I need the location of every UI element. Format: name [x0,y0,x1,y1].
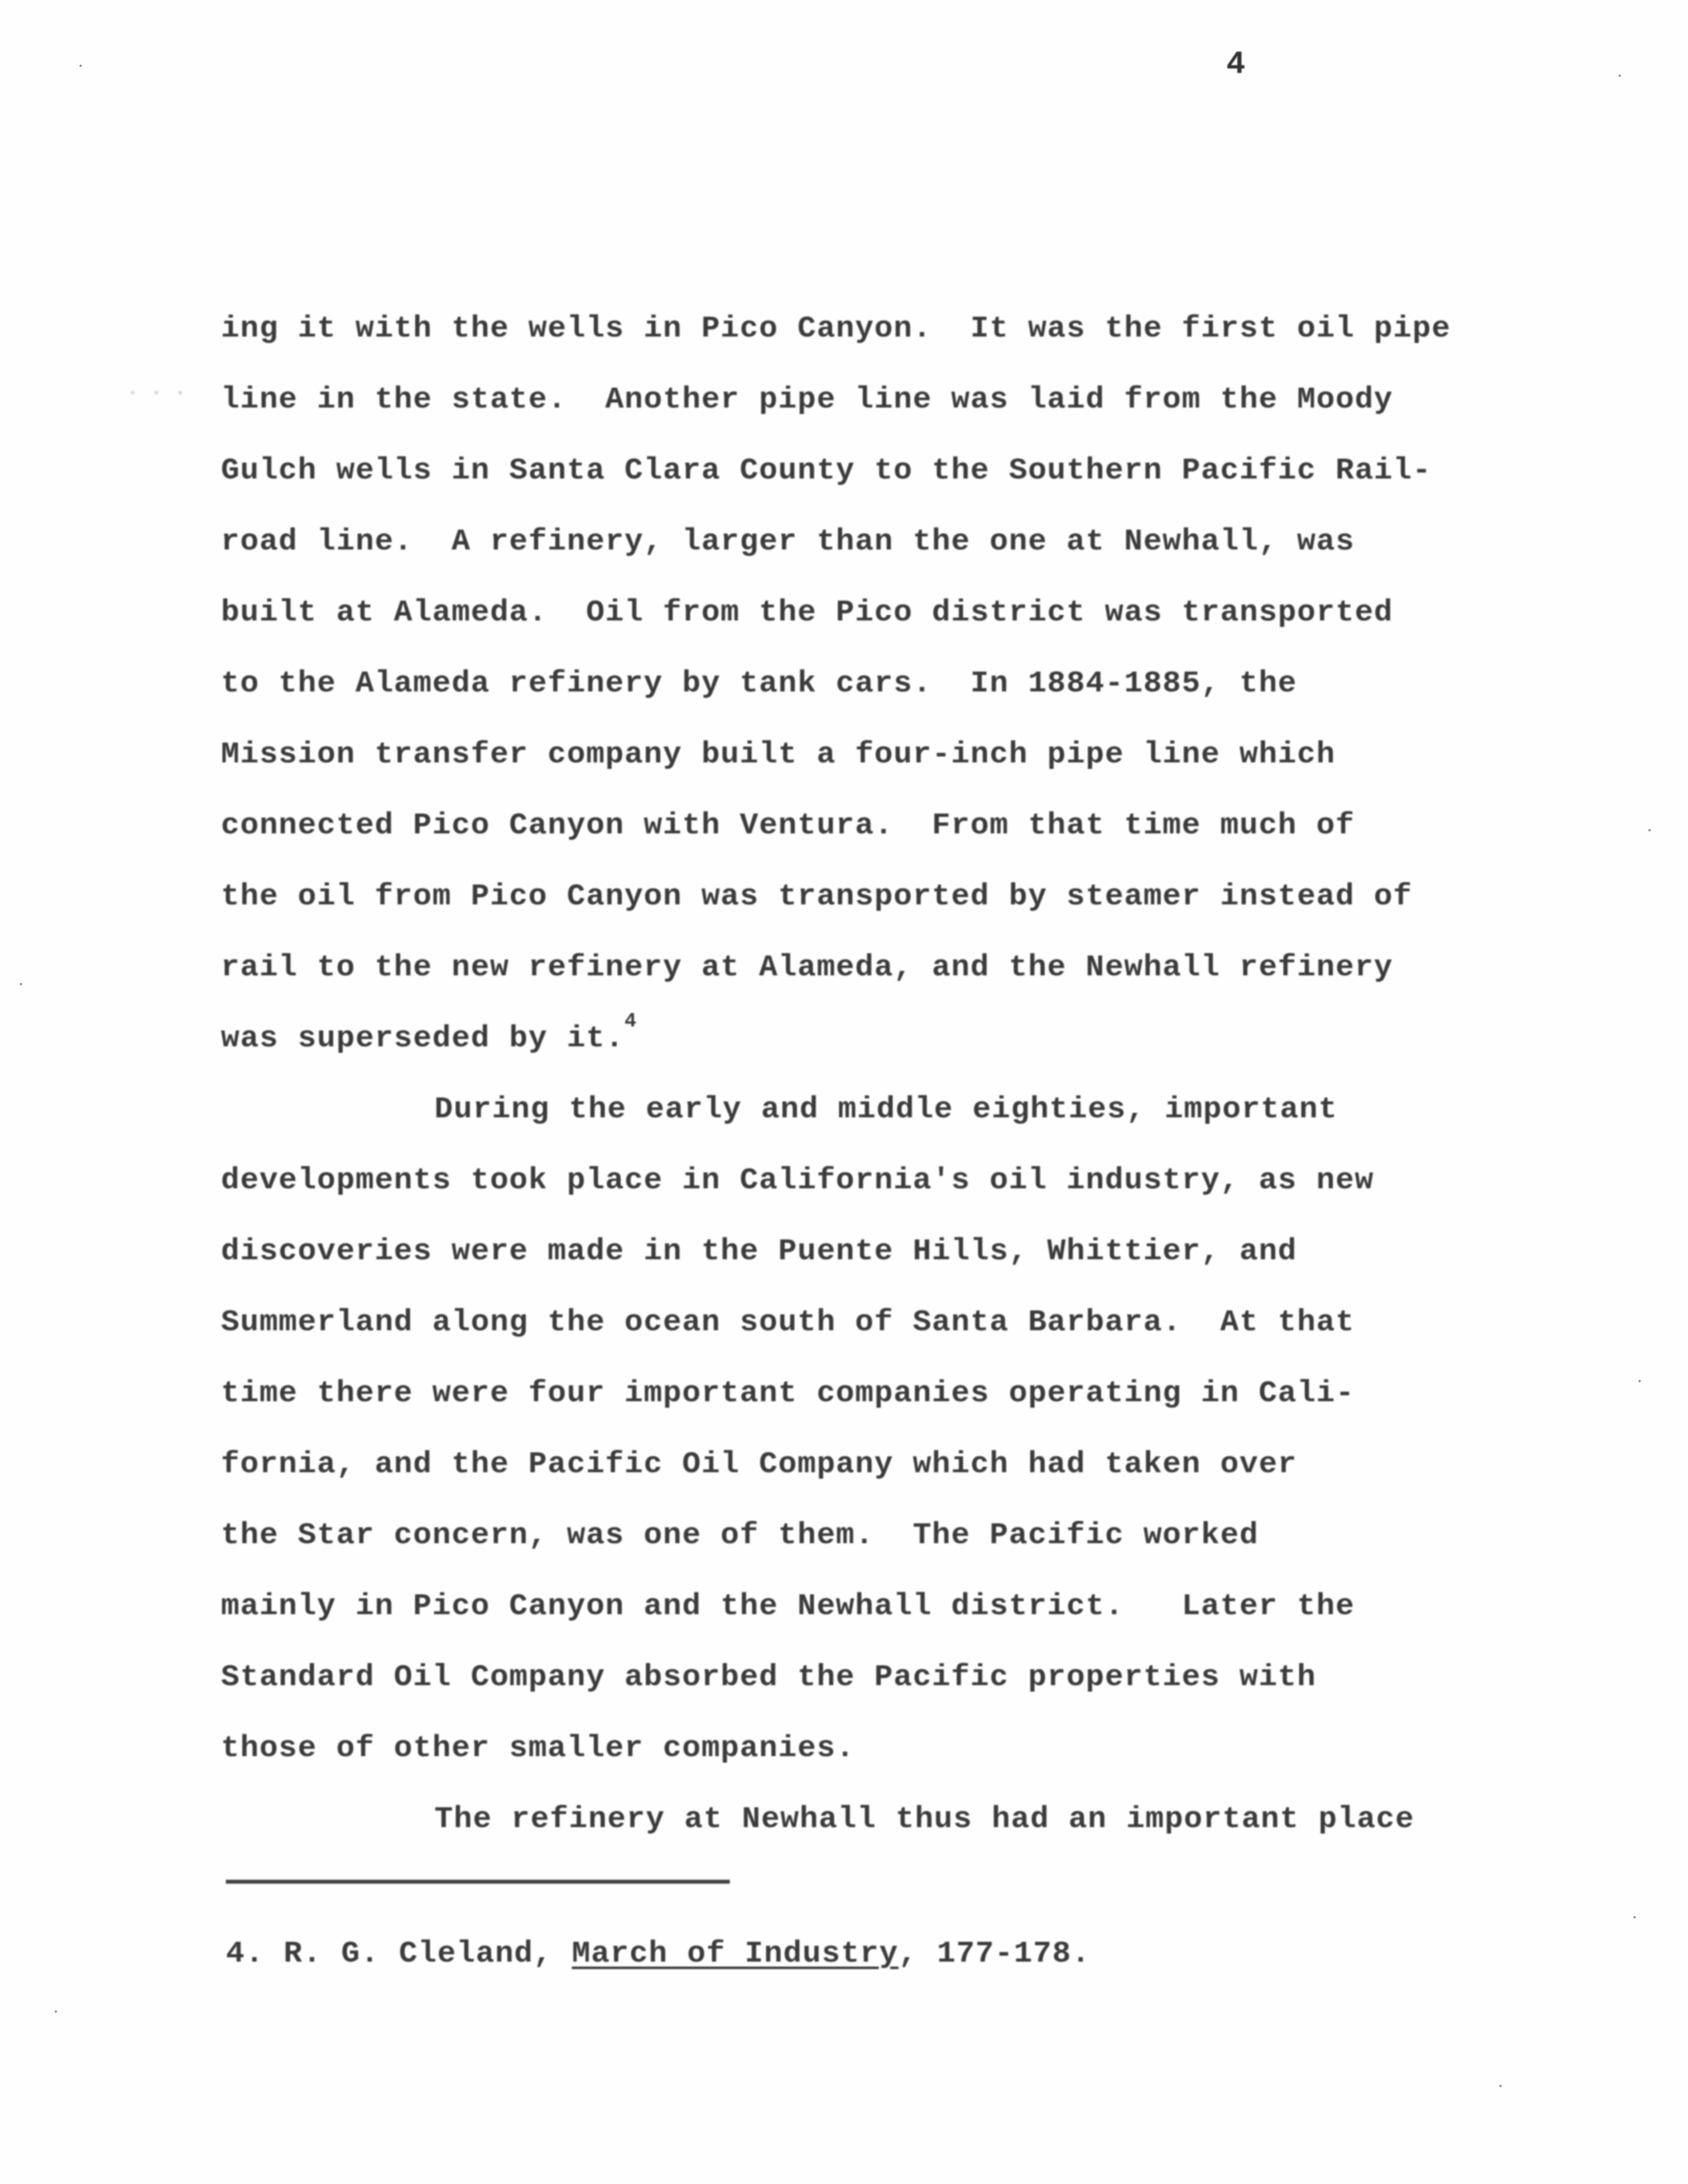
text-line: road line. A refinery, larger than the o… [221,506,1561,577]
text-line: ing it with the wells in Pico Canyon. It… [221,293,1561,364]
text-line-indented: During the early and middle eighties, im… [221,1074,1561,1145]
text-line: to the Alameda refinery by tank cars. In… [221,648,1561,719]
footnote: 4. R. G. Cleland, March of Industry, 177… [226,1936,1091,1971]
text-line: built at Alameda. Oil from the Pico dist… [221,577,1561,648]
text-line: the Star concern, was one of them. The P… [221,1500,1561,1570]
margin-mark: · · · [127,382,186,405]
text-line: connected Pico Canyon with Ventura. From… [221,790,1561,861]
text-line: time there were four important companies… [221,1358,1561,1429]
text-line-indented: The refinery at Newhall thus had an impo… [221,1783,1561,1854]
text-line: Gulch wells in Santa Clara County to the… [221,435,1561,506]
text-line: rail to the new refinery at Alameda, and… [221,932,1561,1003]
scan-speck [1648,829,1651,831]
body-text: ing it with the wells in Pico Canyon. It… [221,293,1561,1854]
text-line: discoveries were made in the Puente Hill… [221,1216,1561,1287]
text-line: those of other smaller companies. [221,1712,1561,1783]
text-line: line in the state. Another pipe line was… [221,364,1561,435]
footnote-title: March of Industry [572,1936,899,1971]
scan-speck [55,2010,57,2013]
footnote-author: R. G. Cleland, [283,1936,553,1971]
scan-speck [1638,1380,1641,1382]
page-number: 4 [1226,47,1245,83]
scan-speck [20,983,22,985]
footnote-reference: 4 [625,1011,637,1033]
text-line: fornia, and the Pacific Oil Company whic… [221,1429,1561,1500]
scan-speck [79,65,82,67]
scan-speck [1499,2085,1502,2087]
text-span: was superseded by it. [221,1021,625,1056]
text-line: mainly in Pico Canyon and the Newhall di… [221,1570,1561,1641]
text-line: the oil from Pico Canyon was transported… [221,861,1561,932]
footnote-pages: , 177-178. [899,1936,1091,1971]
document-page: · · · 4 ing it with the wells in Pico Ca… [0,0,1688,2184]
text-line: developments took place in California's … [221,1145,1561,1216]
scan-speck [1633,1916,1636,1918]
text-line: Mission transfer company built a four-in… [221,719,1561,790]
footnote-separator [226,1880,730,1884]
text-line: Summerland along the ocean south of Sant… [221,1287,1561,1358]
scan-speck [1618,74,1621,77]
text-line: Standard Oil Company absorbed the Pacifi… [221,1641,1561,1712]
footnote-number: 4. [226,1936,264,1971]
text-line-last: was superseded by it.4 [221,1003,1561,1074]
